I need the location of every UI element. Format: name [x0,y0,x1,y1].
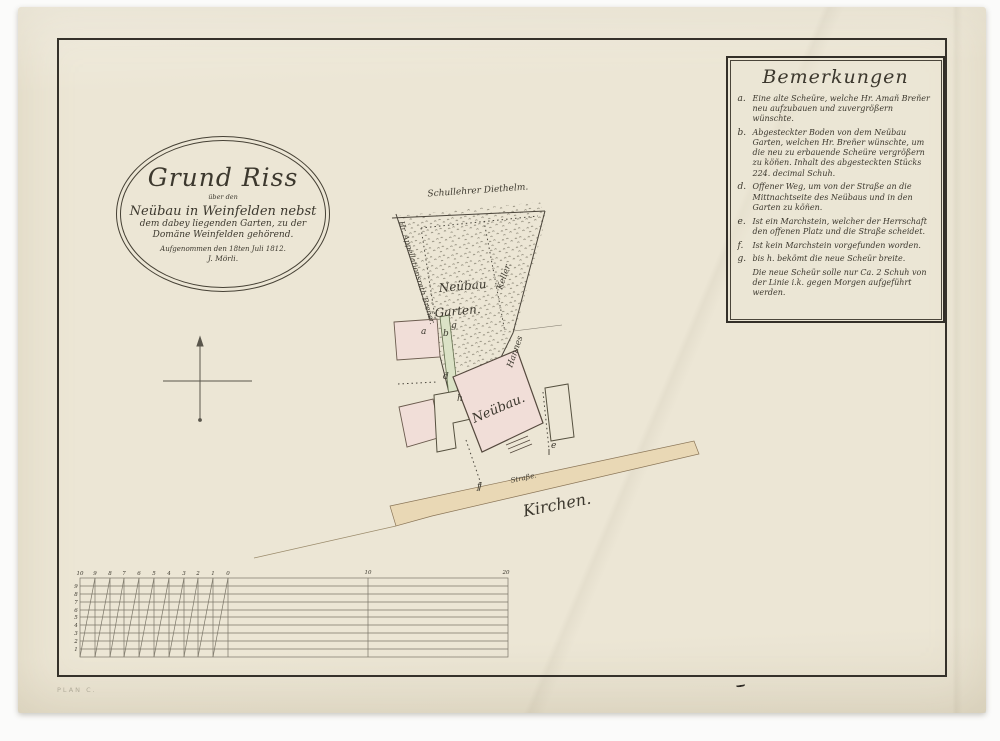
svg-text:3: 3 [74,631,78,637]
scale-bar [80,578,508,657]
svg-text:6: 6 [137,571,141,577]
outlined-building-east [545,384,574,441]
site-plan-drawing: Schullehrer Diethelm. Hr. Appellationsra… [0,0,1000,741]
scanned-plan-page: Grund Riss über den Neübau in Weinfelden… [0,0,1000,741]
svg-text:5: 5 [74,615,78,621]
svg-text:6: 6 [74,608,78,614]
svg-text:1: 1 [74,647,78,653]
svg-text:7: 7 [74,600,78,606]
street-extension-line [254,526,396,558]
svg-text:20: 20 [502,570,510,576]
marker-d: d [443,372,449,382]
marker-b: b [443,329,449,339]
svg-text:5: 5 [152,571,156,577]
svg-text:2: 2 [195,571,200,577]
svg-text:3: 3 [182,571,186,577]
svg-text:9: 9 [74,584,78,590]
svg-text:0: 0 [226,571,230,577]
svg-text:8: 8 [108,571,112,577]
svg-text:7: 7 [122,571,126,577]
marker-g: g [451,321,457,331]
svg-text:10: 10 [365,570,372,576]
marker-e: e [551,441,556,451]
old-barn-a [394,319,440,360]
neighbor-label-north: Schullehrer Diethelm. [427,182,528,199]
archive-stamp: PLAN C. [57,686,97,694]
marker-h: h [457,394,463,404]
compass-cross [163,337,252,421]
marker-a: a [421,327,426,337]
svg-text:2: 2 [73,639,78,645]
svg-text:4: 4 [166,571,171,577]
svg-text:1: 1 [211,571,215,577]
svg-text:4: 4 [73,623,78,629]
svg-text:10: 10 [77,571,84,577]
church-direction-label: Kirchen. [520,489,592,521]
svg-text:9: 9 [93,571,97,577]
svg-text:8: 8 [74,592,78,598]
